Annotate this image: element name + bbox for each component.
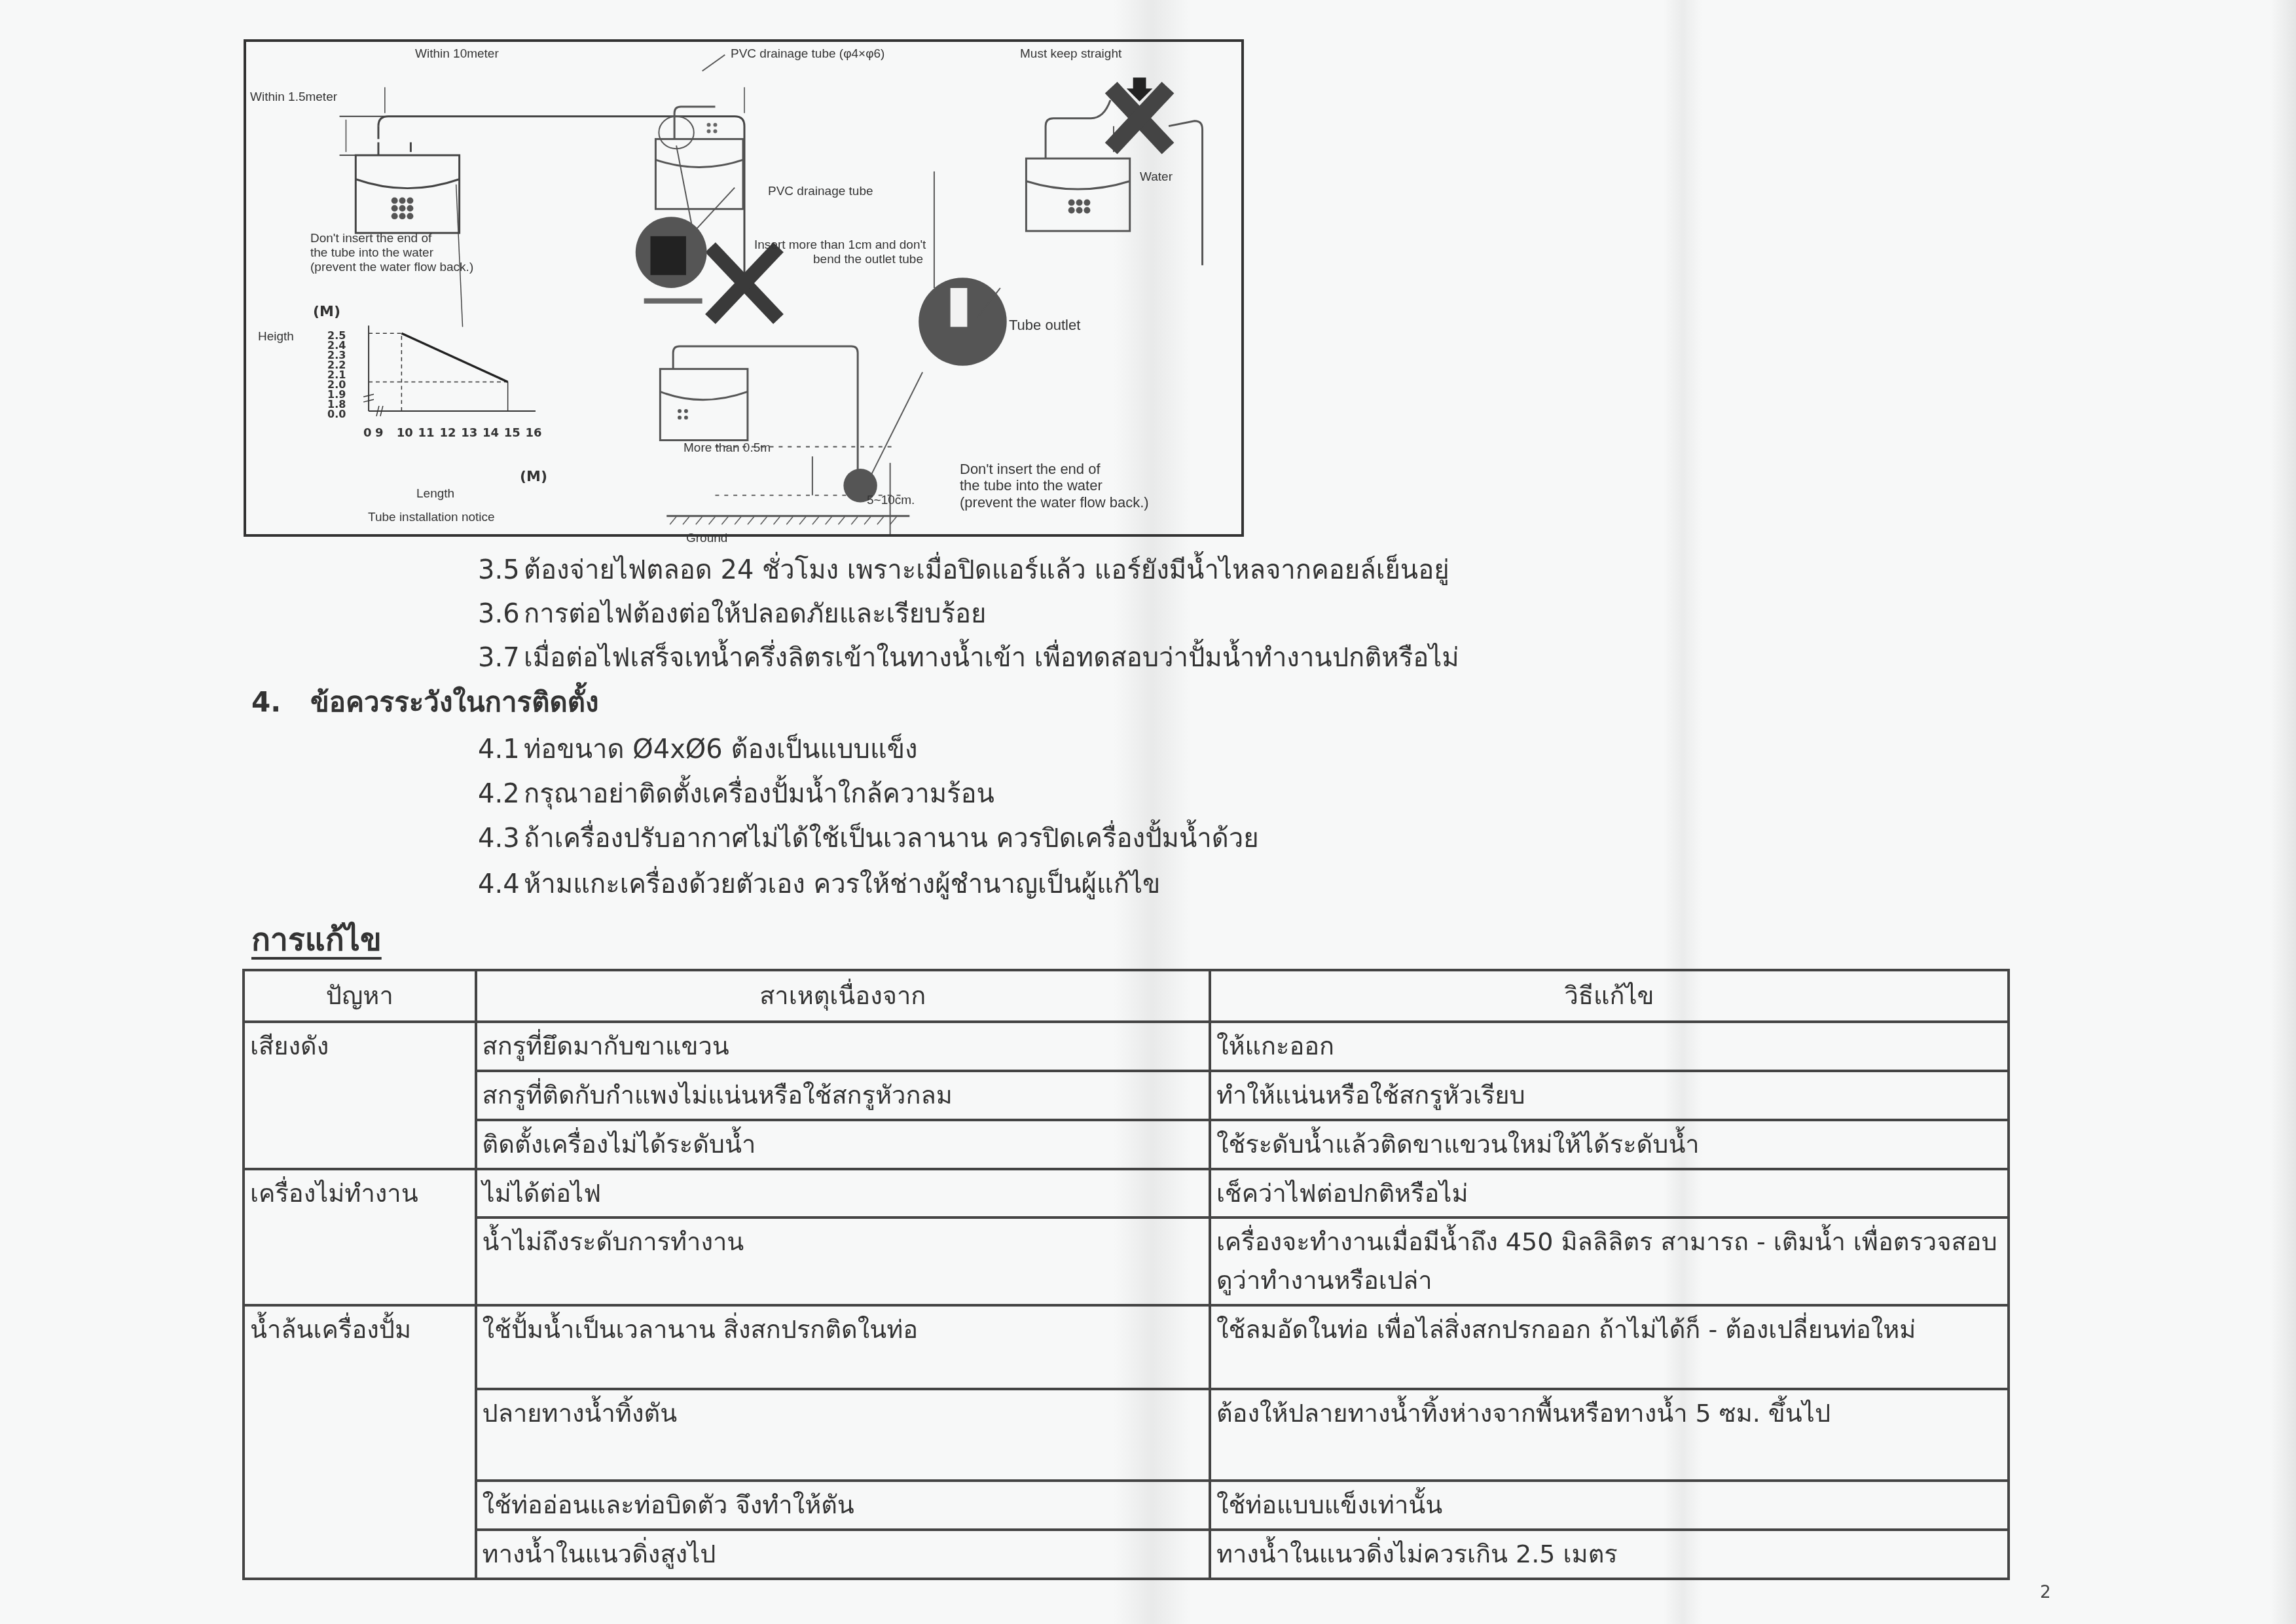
table-row: เครื่องไม่ทำงานไม่ได้ต่อไฟเช็คว่าไฟต่อปก… [244, 1169, 2009, 1218]
precaution-text: ท่อขนาด Ø4xØ6 ต้องเป็นแบบแข็ง [524, 734, 918, 765]
cause-cell: สกรูที่ยึดมากับขาแขวน [476, 1022, 1210, 1071]
precaution-text: ถ้าเครื่องปรับอากาศไม่ได้ใช้เป็นเวลานาน … [524, 823, 1259, 854]
diagram-title: Tube installation notice [368, 511, 495, 525]
label-more-than-0-5m: More than 0.5m [683, 441, 771, 456]
header-cause: สาเหตุเนื่องจาก [476, 970, 1210, 1022]
table-row: ติดตั้งเครื่องไม่ได้ระดับน้ำใช้ระดับน้ำแ… [244, 1120, 2009, 1169]
step-item: 3.5ต้องจ่ายไฟตลอด 24 ชั่วโมง เพราะเมื่อป… [478, 549, 1449, 590]
label-5-10cm: 5~10cm. [867, 494, 915, 508]
header-fix: วิธีแก้ไข [1210, 970, 2009, 1022]
troubleshooting-title: การแก้ไข [251, 915, 382, 965]
x-tick-label: 11 [418, 427, 435, 441]
label-must-keep-straight: Must keep straight [1020, 47, 1121, 62]
label-tube-outlet: Tube outlet [1009, 317, 1080, 333]
x-tick-label: 0 [363, 427, 372, 441]
cause-cell: สกรูที่ติดกับกำแพงไม่แน่นหรือใช้สกรูหัวก… [476, 1071, 1210, 1120]
label-pvc-tube: PVC drainage tube [768, 185, 873, 199]
precaution-item: 4.2กรุณาอย่าติดตั้งเครื่องปั้มน้ำใกล้ควา… [478, 772, 994, 814]
header-problem: ปัญหา [244, 970, 476, 1022]
cause-cell: ใช้ปั้มน้ำเป็นเวลานาน สิ่งสกปรกติดในท่อ [476, 1305, 1210, 1389]
pump-unit-1 [355, 155, 459, 233]
precaution-item: 4.3ถ้าเครื่องปรับอากาศไม่ได้ใช้เป็นเวลาน… [478, 817, 1259, 859]
fix-cell: ใช้ลมอัดในท่อ เพื่อไล่สิ่งสกปรกออก ถ้าไม… [1210, 1305, 2009, 1389]
fix-cell: เช็คว่าไฟต่อปกติหรือไม่ [1210, 1169, 2009, 1218]
fix-cell: ให้แกะออก [1210, 1022, 2009, 1071]
label-within-1-5m: Within 1.5meter [250, 90, 337, 105]
label-dont-insert-right: Don't insert the end of the tube into th… [960, 461, 1149, 511]
label-water: Water [1140, 170, 1173, 185]
label-within-10m: Within 10meter [415, 47, 499, 62]
cause-cell: ใช้ท่ออ่อนและท่อบิดตัว จึงทำให้ตัน [476, 1481, 1210, 1530]
label-dont-insert-left: Don't insert the end of the tube into th… [310, 232, 473, 275]
cause-cell: น้ำไม่ถึงระดับการทำงาน [476, 1218, 1210, 1305]
x-tick-label: 16 [526, 427, 542, 441]
table-header-row: ปัญหา สาเหตุเนื่องจาก วิธีแก้ไข [244, 970, 2009, 1022]
precaution-number: 4.2 [478, 779, 524, 809]
x-tick-label: 14 [483, 427, 499, 441]
table-row: ใช้ท่ออ่อนและท่อบิดตัว จึงทำให้ตันใช้ท่อ… [244, 1481, 2009, 1530]
fix-cell: ใช้ท่อแบบแข็งเท่านั้น [1210, 1481, 2009, 1530]
chart-y-unit: (M) [313, 304, 340, 320]
step-item: 3.7เมื่อต่อไฟเสร็จเทน้ำครึ่งลิตรเข้าในทา… [478, 636, 1459, 678]
cause-cell: ปลายทางน้ำทิ้งตัน [476, 1389, 1210, 1481]
fix-cell: ทำให้แน่นหรือใช้สกรูหัวเรียบ [1210, 1071, 2009, 1120]
x-tick-label: 12 [439, 427, 456, 441]
step-text: ต้องจ่ายไฟตลอด 24 ชั่วโมง เพราะเมื่อปิดแ… [524, 555, 1449, 585]
precaution-number: 4.4 [478, 869, 524, 899]
problem-cell: เสียงดัง [244, 1022, 476, 1169]
x-tick-label: 15 [504, 427, 520, 441]
precaution-item: 4.1ท่อขนาด Ø4xØ6 ต้องเป็นแบบแข็ง [478, 728, 918, 770]
installation-diagram: Within 10meter Within 1.5meter Don't ins… [244, 39, 1244, 537]
step-text: การต่อไฟต้องต่อให้ปลอดภัยและเรียบร้อย [524, 599, 986, 629]
chart-ylabel: Heigth [258, 330, 294, 344]
cause-cell: ไม่ได้ต่อไฟ [476, 1169, 1210, 1218]
table-row: น้ำไม่ถึงระดับการทำงานเครื่องจะทำงานเมื่… [244, 1218, 2009, 1305]
step-number: 3.6 [478, 599, 524, 629]
fix-cell: ทางน้ำในแนวดิ่งไม่ควรเกิน 2.5 เมตร [1210, 1530, 2009, 1579]
y-tick-label: 2.5 [327, 330, 346, 342]
problem-cell: เครื่องไม่ทำงาน [244, 1169, 476, 1306]
table-row: เสียงดังสกรูที่ยึดมากับขาแขวนให้แกะออก [244, 1022, 2009, 1071]
scan-edge-shadow [2270, 0, 2296, 1624]
precaution-number: 4.3 [478, 823, 524, 854]
precaution-item: 4.4ห้ามแกะเครื่องด้วยตัวเอง ควรให้ช่างผู… [478, 863, 1160, 905]
precaution-number: 4.1 [478, 734, 524, 765]
x-tick-label: 13 [461, 427, 477, 441]
table-row: น้ำล้นเครื่องปั้มใช้ปั้มน้ำเป็นเวลานาน ส… [244, 1305, 2009, 1389]
fix-cell: เครื่องจะทำงานเมื่อมีน้ำถึง 450 มิลลิลิต… [1210, 1218, 2009, 1305]
x-tick-label: 9 [375, 427, 384, 441]
cause-cell: ติดตั้งเครื่องไม่ได้ระดับน้ำ [476, 1120, 1210, 1169]
label-pvc-tube-size: PVC drainage tube (φ4×φ6) [731, 47, 884, 62]
problem-cell: น้ำล้นเครื่องปั้ม [244, 1305, 476, 1579]
step-number: 3.5 [478, 555, 524, 585]
label-insert-note: Insert more than 1cm and don't bend the … [754, 238, 926, 267]
page-number: 2 [2040, 1583, 2051, 1602]
cause-cell: ทางน้ำในแนวดิ่งสูงไป [476, 1530, 1210, 1579]
step-item: 3.6การต่อไฟต้องต่อให้ปลอดภัยและเรียบร้อย [478, 592, 986, 634]
table-row: ทางน้ำในแนวดิ่งสูงไปทางน้ำในแนวดิ่งไม่คว… [244, 1530, 2009, 1579]
fix-cell: ต้องให้ปลายทางน้ำทิ้งห่างจากพื้นหรือทางน… [1210, 1389, 2009, 1481]
step-text: เมื่อต่อไฟเสร็จเทน้ำครึ่งลิตรเข้าในทางน้… [524, 643, 1459, 673]
precaution-text: กรุณาอย่าติดตั้งเครื่องปั้มน้ำใกล้ความร้… [524, 779, 994, 809]
chart-xlabel: Length [416, 487, 454, 501]
chart-x-unit: (M) [520, 469, 547, 485]
table-row: ปลายทางน้ำทิ้งตันต้องให้ปลายทางน้ำทิ้งห่… [244, 1389, 2009, 1481]
height-length-chart [363, 325, 536, 416]
precaution-text: ห้ามแกะเครื่องด้วยตัวเอง ควรให้ช่างผู้ชำ… [524, 869, 1160, 899]
step-number: 3.7 [478, 643, 524, 673]
section-4-heading: 4.ข้อควรระวังในการติดตั้ง [251, 681, 599, 724]
x-tick-label: 10 [397, 427, 413, 441]
label-ground: Ground [686, 532, 727, 546]
table-row: สกรูที่ติดกับกำแพงไม่แน่นหรือใช้สกรูหัวก… [244, 1071, 2009, 1120]
troubleshooting-table: ปัญหา สาเหตุเนื่องจาก วิธีแก้ไข เสียงดัง… [242, 969, 2010, 1580]
fix-cell: ใช้ระดับน้ำแล้วติดขาแขวนใหม่ให้ได้ระดับน… [1210, 1120, 2009, 1169]
